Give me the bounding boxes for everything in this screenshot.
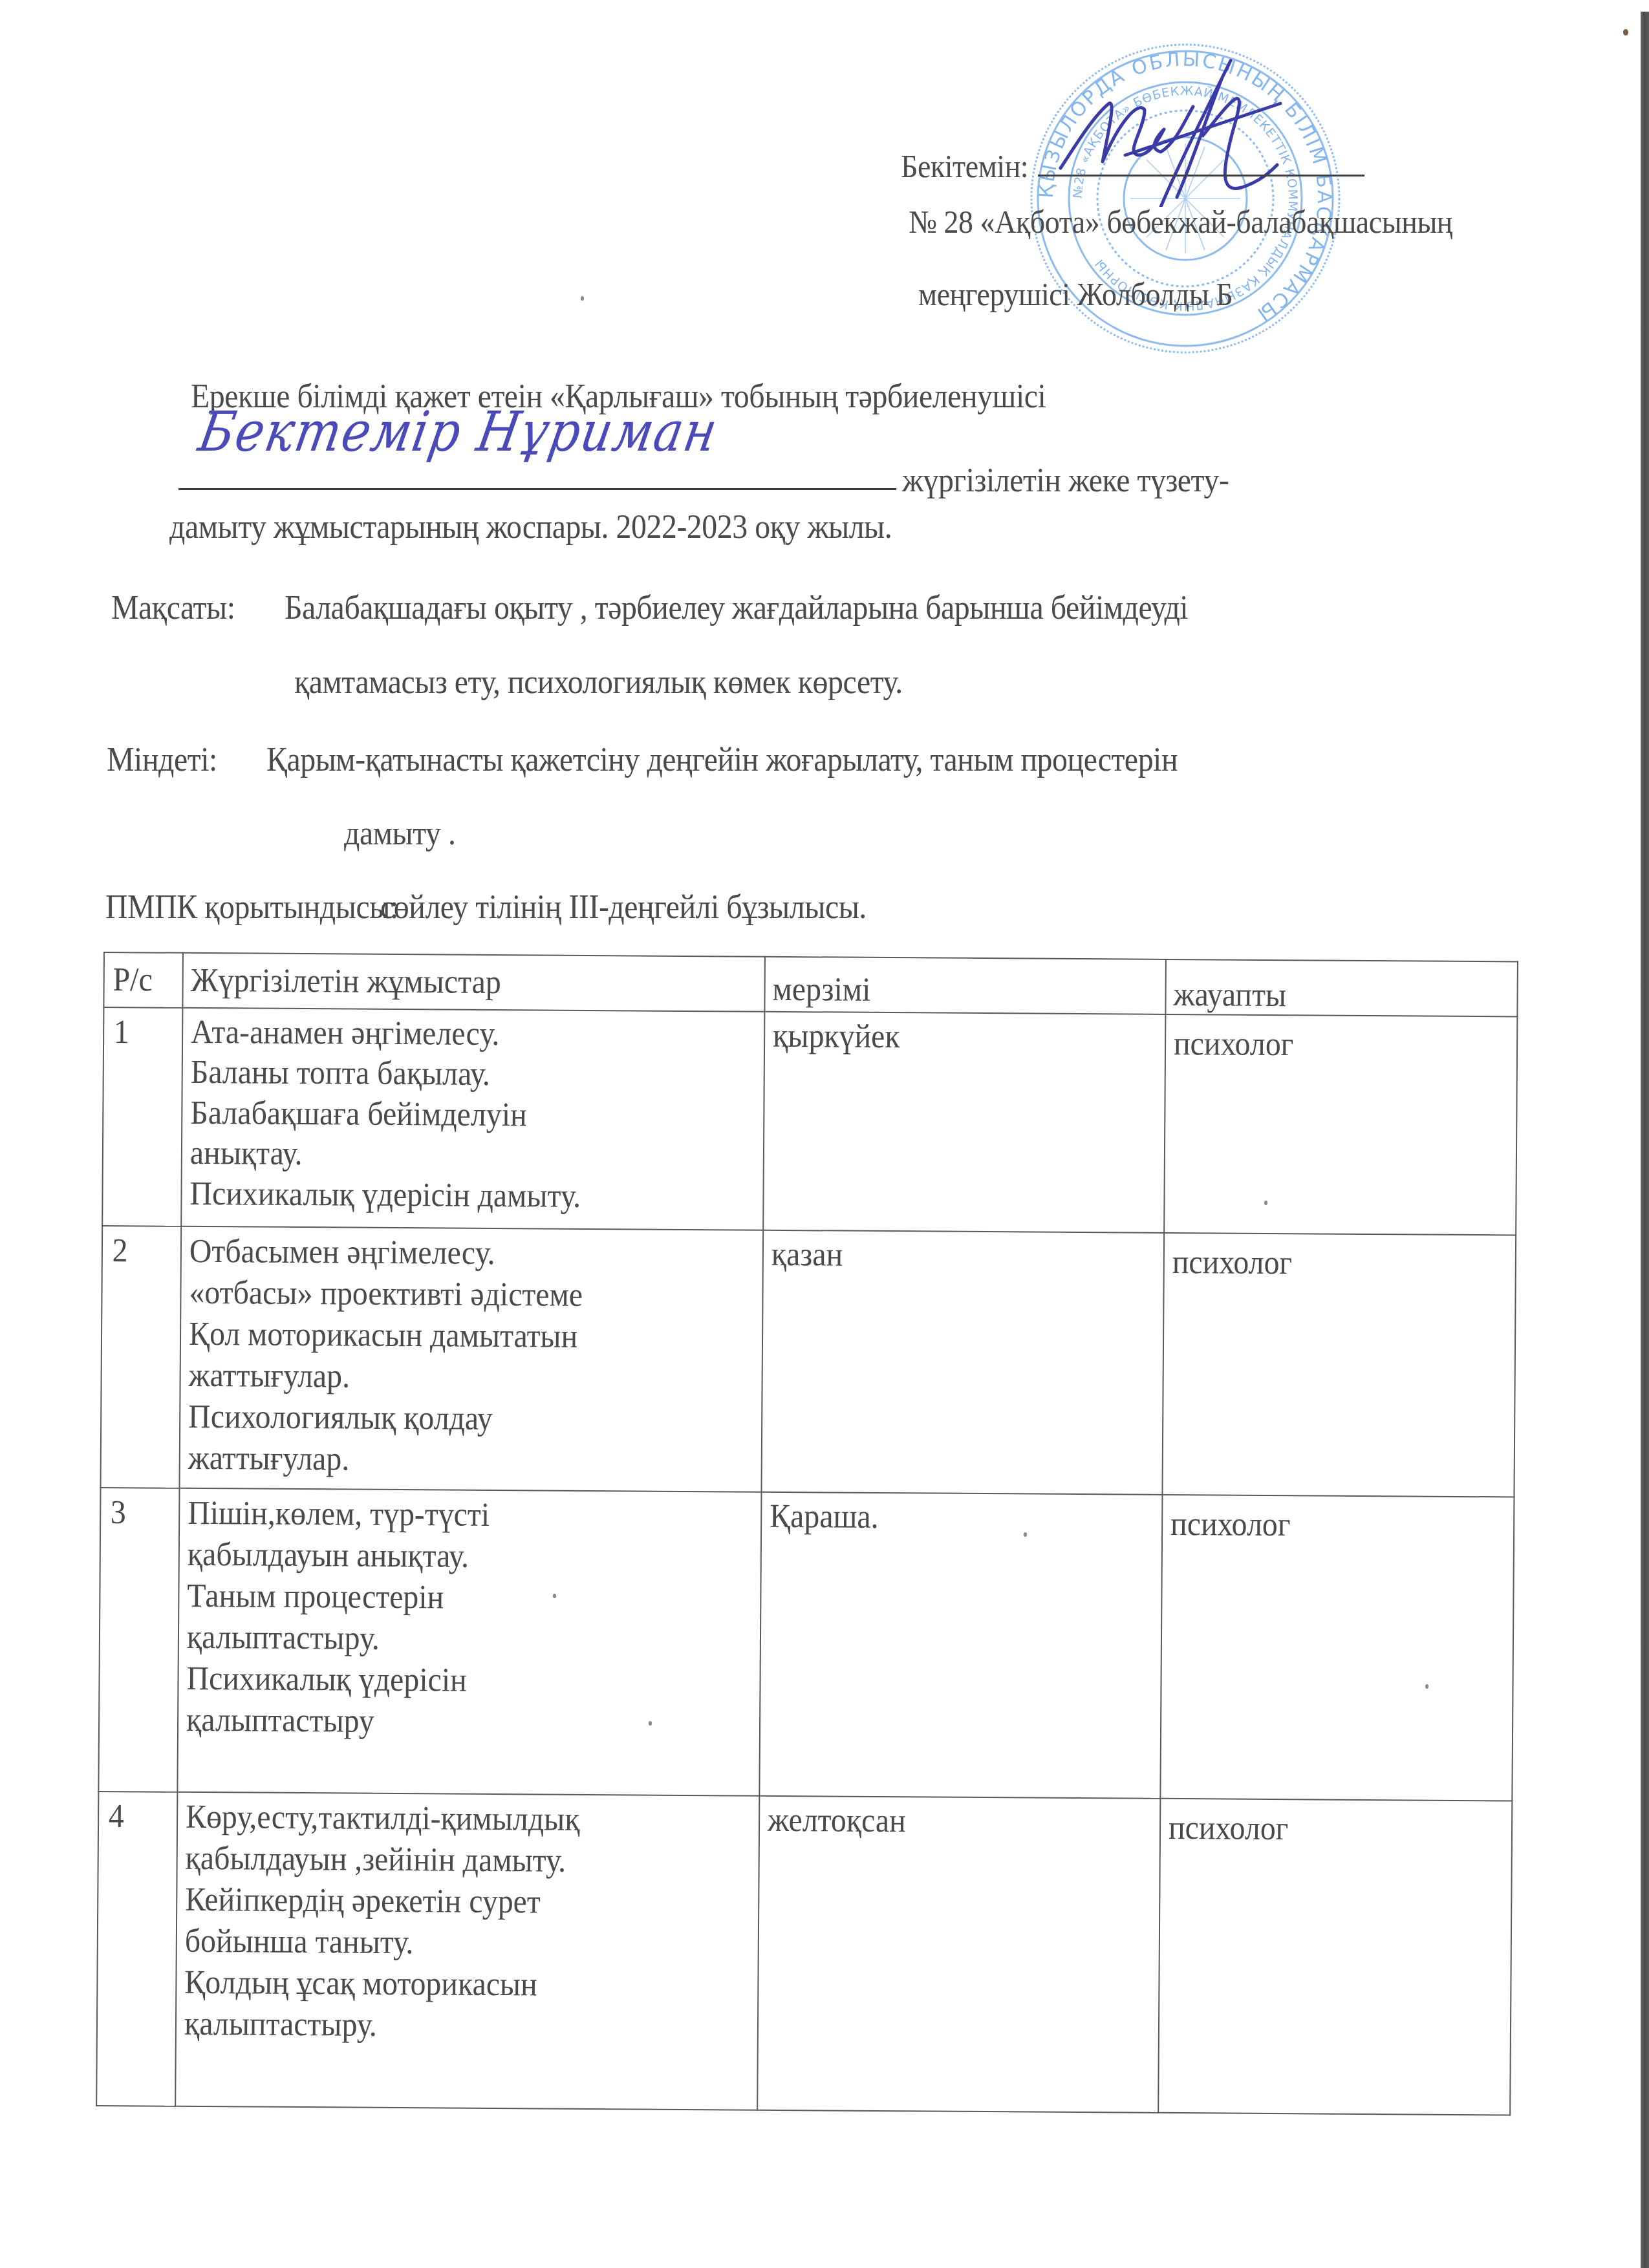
approval-signature-line: [1038, 175, 1364, 177]
plan-table-container: Р/с Жүргізілетін жұмыстар мерзімі жауапт…: [96, 952, 1517, 2108]
row-works: Отбасымен әңгімелесу. «отбасы» проективт…: [179, 1226, 763, 1492]
approval-institution: № 28 «Ақбота» бөбекжай-балабақшасының: [909, 206, 1452, 238]
goal-label: Мақсаты:: [111, 592, 235, 625]
goal-text-2: қамтамасыз ету, психологиялық көмек көрс…: [294, 666, 903, 700]
table-row: 3 Пішін,көлем, түр-түсті қабылдауын анық…: [98, 1488, 1514, 1801]
scan-speck: [581, 296, 584, 301]
scan-edge-strip: [1641, 12, 1649, 2268]
approval-head-name: меңгерушісі Жолболды Б: [918, 278, 1233, 310]
table-header-row: Р/с Жүргізілетін жұмыстар мерзімі жауапт…: [103, 952, 1518, 1016]
title-line-2: жүргізілетін жеке түзету-: [902, 464, 1229, 498]
row-number: 4: [96, 1792, 177, 2106]
task-text-1: Қарым-қатынасты қажетсіну деңгейін жоғар…: [266, 744, 1178, 777]
task-label: Міндеті:: [107, 744, 217, 777]
header-term: мерзімі: [764, 957, 1166, 1014]
row-number: 1: [102, 1007, 182, 1226]
task-text-2: дамыту .: [344, 817, 455, 851]
row-number: 2: [101, 1226, 182, 1488]
table-row: 1 Ата-анамен әңгімелесу. Баланы топта ба…: [102, 1007, 1517, 1235]
scan-speck: [1623, 29, 1628, 36]
row-number: 3: [98, 1488, 179, 1792]
row-responsible: психолог: [1164, 1014, 1517, 1236]
row-responsible: психолог: [1160, 1495, 1514, 1801]
row-responsible: психолог: [1162, 1233, 1516, 1497]
scan-speck: [1425, 1684, 1428, 1689]
row-term: Қараша.: [759, 1492, 1162, 1799]
conclusion-label: ПМПК қорытындысы:: [105, 891, 398, 925]
plan-table: Р/с Жүргізілетін жұмыстар мерзімі жауапт…: [96, 952, 1518, 2115]
row-works: Ата-анамен әңгімелесу. Баланы топта бақы…: [181, 1008, 764, 1230]
row-works: Көру,есту,тактилді-қимылдық қабылдауын ,…: [175, 1792, 759, 2110]
approval-label: Бекітемін:: [901, 150, 1028, 182]
row-term: желтоқсан: [757, 1796, 1160, 2113]
table-row: 2 Отбасымен әңгімелесу. «отбасы» проекти…: [101, 1226, 1516, 1497]
row-term: қыркүйек: [763, 1012, 1165, 1233]
conclusion-text: сөйлеу тілінің ІІІ-деңгейлі бұзылысы.: [380, 891, 867, 925]
student-name-underline: [178, 488, 896, 490]
row-term: қазан: [761, 1230, 1164, 1495]
table-row: 4 Көру,есту,тактилді-қимылдық қабылдауын…: [96, 1792, 1512, 2115]
row-works: Пішін,көлем, түр-түсті қабылдауын анықта…: [177, 1488, 761, 1796]
title-line-3: дамыту жұмыстарының жоспары. 2022-2023 о…: [169, 511, 892, 544]
header-works: Жүргізілетін жұмыстар: [182, 953, 765, 1012]
scan-speck: [1264, 1201, 1267, 1205]
scan-speck: [649, 1721, 652, 1726]
scan-speck: [553, 1594, 556, 1598]
goal-text-1: Балабақшадағы оқыту , тәрбиелеу жағдайла…: [285, 592, 1188, 625]
header-number: Р/с: [103, 952, 183, 1008]
scan-speck: [1024, 1532, 1027, 1537]
head-signature-icon: [1048, 39, 1319, 207]
header-responsible: жауапты: [1165, 959, 1518, 1017]
student-name-handwritten: Бектемір Нұриман: [194, 400, 723, 464]
row-responsible: психолог: [1158, 1799, 1512, 2115]
